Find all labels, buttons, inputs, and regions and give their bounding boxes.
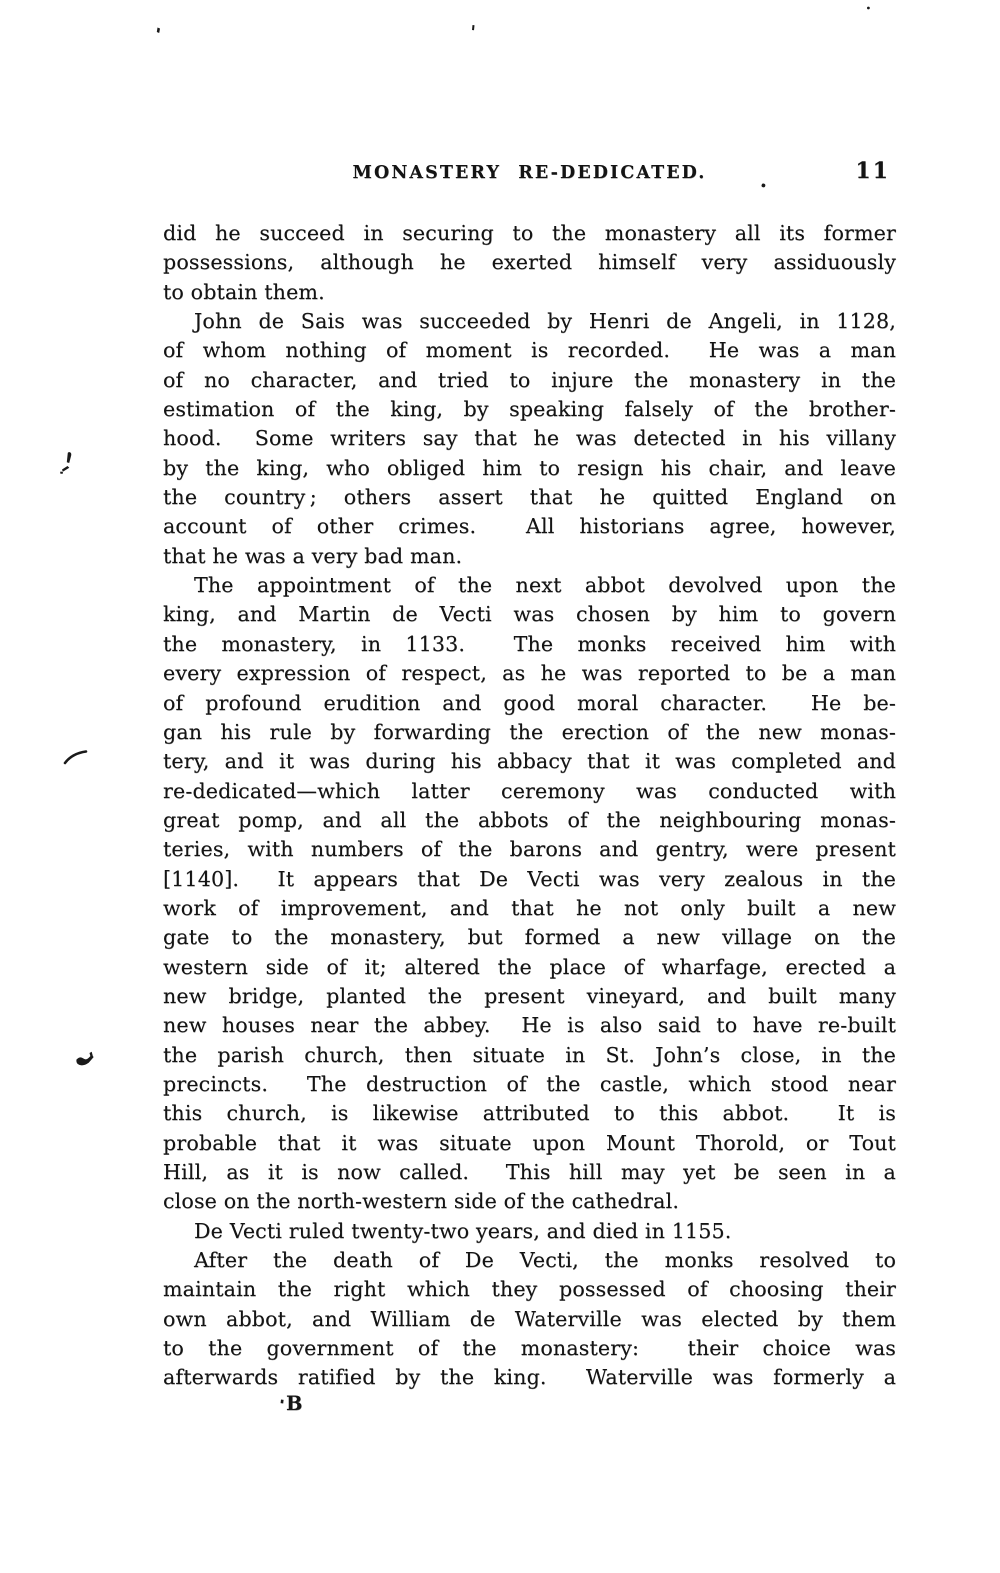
tick-top-center-mark [472, 25, 475, 30]
text-line: gan his rule by forwarding the erection … [163, 718, 896, 747]
text-line: every expression of respect, as he was r… [163, 659, 896, 688]
text-line: De Vecti ruled twenty-two years, and die… [163, 1217, 896, 1246]
text-line: tery, and it was during his abbacy that … [163, 747, 896, 776]
text-line: teries, with numbers of the barons and g… [163, 835, 896, 864]
text-line: hood. Some writers say that he was detec… [163, 424, 896, 453]
text-line: by the king, who obliged him to resign h… [163, 454, 896, 483]
text-line: new bridge, planted the present vineyard… [163, 982, 896, 1011]
text-line: of no character, and tried to injure the… [163, 366, 896, 395]
text-line: After the death of De Vecti, the monks r… [163, 1246, 896, 1275]
text-line: king, and Martin de Vecti was chosen by … [163, 600, 896, 629]
pen-check-left-margin [76, 1055, 93, 1065]
text-line: precincts. The destruction of the castle… [163, 1070, 896, 1099]
text-line: new houses near the abbey. He is also sa… [163, 1011, 896, 1040]
text-line: John de Sais was succeeded by Henri de A… [163, 307, 896, 336]
text-line: to obtain them. [163, 278, 896, 307]
running-title: MONASTERY RE-DEDICATED. [163, 163, 896, 183]
text-line: maintain the right which they possessed … [163, 1275, 896, 1304]
page-number: 11 [855, 158, 890, 184]
text-line: The appointment of the next abbot devolv… [163, 571, 896, 600]
text-line: re-dedicated—which latter ceremony was c… [163, 777, 896, 806]
body-text: did he succeed in securing to the monast… [163, 219, 896, 1393]
text-line: to the government of the monastery: thei… [163, 1334, 896, 1363]
text-line: did he succeed in securing to the monast… [163, 219, 896, 248]
text-line: estimation of the king, by speaking fals… [163, 395, 896, 424]
speck-top-left-mark [157, 28, 160, 34]
dot-top-right-mark [867, 7, 870, 10]
text-line: of whom nothing of moment is recorded. H… [163, 336, 896, 365]
signature-mark: B [286, 1392, 302, 1415]
text-line: the country ; others assert that he quit… [163, 483, 896, 512]
text-line: the parish church, then situate in St. J… [163, 1041, 896, 1070]
text-line: possessions, although he exerted himself… [163, 248, 896, 277]
text-line: afterwards ratified by the king. Watervi… [163, 1363, 896, 1392]
pen-apostrophe-left-margin [67, 452, 72, 463]
text-line: close on the north-western side of the c… [163, 1187, 896, 1216]
text-line: work of improvement, and that he not onl… [163, 894, 896, 923]
text-line: Hill, as it is now called. This hill may… [163, 1158, 896, 1187]
text-line: probable that it was situate upon Mount … [163, 1129, 896, 1158]
pen-apostrophe-left-margin-2 [60, 466, 69, 474]
page-header: MONASTERY RE-DEDICATED. 11 [163, 161, 896, 191]
text-line: western side of it; altered the place of… [163, 953, 896, 982]
text-line: [1140]. It appears that De Vecti was ver… [163, 865, 896, 894]
text-line: own abbot, and William de Waterville was… [163, 1305, 896, 1334]
text-line: account of other crimes. All historians … [163, 512, 896, 541]
text-line: gate to the monastery, but formed a new … [163, 923, 896, 952]
text-line: great pomp, and all the abbots of the ne… [163, 806, 896, 835]
text-line: this church, is likewise attributed to t… [163, 1099, 896, 1128]
pen-curve-left-margin [65, 752, 86, 764]
book-page: MONASTERY RE-DEDICATED. 11 did he succee… [0, 0, 1000, 1573]
dot-before-signature [281, 1400, 284, 1404]
text-line: the monastery, in 1133. The monks receiv… [163, 630, 896, 659]
text-line: of profound erudition and good moral cha… [163, 689, 896, 718]
text-line: that he was a very bad man. [163, 542, 896, 571]
pen-check-tick-left-margin [90, 1052, 93, 1058]
